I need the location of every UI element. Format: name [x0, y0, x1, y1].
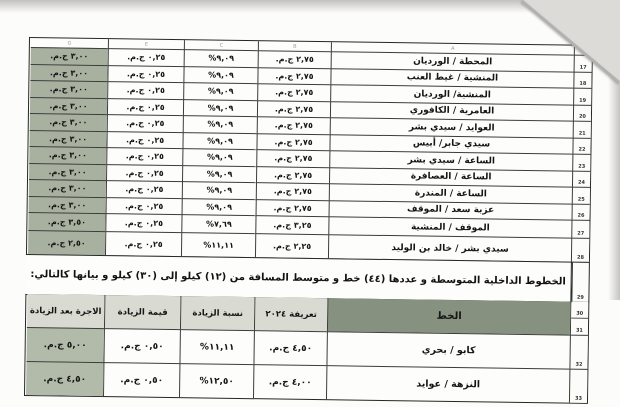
section-note-text: الخطوط الداخلية المتوسطة و عددها (٤٤) خط… [30, 269, 566, 287]
header-increase-value: قيمة الزيادة [104, 295, 180, 329]
increase-percent-cell: %٩,٠٩ [182, 165, 256, 183]
tariff-2024-cell: ٢,٧٥ ج.م. [257, 100, 330, 118]
increase-value-cell: ٠,٢٥ ج.م. [107, 114, 183, 132]
header-increase-percent: نسبة الزيادة [180, 296, 254, 330]
fare-after-increase-cell: ٣,٠٠ ج.م. [29, 196, 106, 214]
row-number: 26 [572, 203, 590, 220]
lower-fare-table: 30 31 الخط تعريفة ٢٠٢٤ نسبة الزيادة قيمة… [24, 293, 589, 404]
upper-fare-table: A B C E G 17 المحطة / الورديان ٢,٧٥ ج.م.… [26, 37, 593, 263]
tariff-2024-cell: ٢,٧٥ ج.م. [256, 166, 329, 184]
row-number-split: 30 31 [570, 302, 588, 335]
route-cell: كابو / بحري [326, 331, 569, 368]
fare-after-increase-cell: ٣,٥٠ ج.م. [28, 212, 105, 231]
increase-percent-cell: %١٢,٥٠ [179, 363, 253, 398]
increase-value-cell: ٠,٢٥ ج.م. [107, 81, 183, 99]
header-route: الخط [327, 298, 570, 334]
tariff-2024-cell: ٢,٧٥ ج.م. [258, 50, 331, 68]
tariff-2024-cell: ٢,٧٥ ج.م. [256, 182, 329, 200]
fare-after-increase-cell: ٣,٠٠ ج.م. [30, 113, 107, 131]
tariff-2024-cell: ٢,٧٥ ج.م. [256, 199, 329, 217]
row-number: 20 [573, 104, 591, 121]
fare-after-increase-cell: ٥,٠٠ ج.م. [26, 327, 103, 362]
increase-value-cell: ٠,٢٥ ج.م. [106, 197, 182, 215]
row-number: 24 [572, 170, 590, 187]
increase-percent-cell: %٩,٠٩ [183, 82, 257, 100]
column-letter-cell [574, 46, 592, 55]
row-number: 17 [574, 55, 592, 72]
row-number: 30 [571, 302, 588, 319]
increase-value-cell: ٠,٢٥ ج.م. [105, 213, 181, 232]
increase-value-cell: ٠,٢٥ ج.م. [107, 98, 183, 116]
increase-percent-cell: %٧,٦٩ [181, 214, 255, 233]
increase-percent-cell: %١١,١١ [181, 232, 255, 257]
tariff-2024-cell: ٢,٧٥ ج.م. [256, 133, 329, 151]
row-number: 28 [571, 238, 589, 262]
increase-value-cell: ٠,٢٥ ج.م. [106, 131, 182, 149]
header-tariff-2024: تعريفة ٢٠٢٤ [254, 297, 327, 331]
row-number: 19 [573, 88, 591, 105]
route-cell: النزهة / عوايد [326, 365, 569, 402]
increase-percent-cell: %٩,٠٩ [183, 99, 257, 117]
document-sheet: A B C E G 17 المحطة / الورديان ٢,٧٥ ج.م.… [24, 37, 593, 404]
row-number: 32 [569, 335, 587, 369]
increase-percent-cell: %٩,٠٩ [183, 66, 257, 84]
row-number: 22 [572, 137, 590, 154]
increase-percent-cell: %١١,١١ [179, 329, 253, 364]
fare-after-increase-cell: ٤,٥٠ ج.م. [26, 361, 103, 396]
increase-value-cell: ٠,٥٠ ج.م. [103, 328, 179, 363]
row-number: 31 [571, 319, 588, 335]
tariff-2024-cell: ٢,٢٥ ج.م. [255, 233, 328, 258]
row-number: 27 [571, 220, 589, 238]
fare-after-increase-cell: ٣,٠٠ ج.م. [29, 179, 106, 197]
row-number: 33 [569, 369, 587, 403]
fare-after-increase-cell: ٢,٥٠ ج.م. [28, 230, 105, 255]
tariff-2024-cell: ٢,٧٥ ج.م. [257, 67, 330, 85]
tariff-2024-cell: ٢,٧٥ ج.م. [257, 116, 330, 134]
scanned-fare-document: A B C E G 17 المحطة / الورديان ٢,٧٥ ج.م.… [0, 0, 620, 407]
header-fare-after-increase: الاجرة بعد الزيادة [27, 294, 104, 328]
increase-percent-cell: %٩,٠٩ [182, 181, 256, 199]
increase-value-cell: ٠,٢٥ ج.م. [106, 180, 182, 198]
increase-value-cell: ٠,٢٥ ج.م. [106, 164, 182, 182]
increase-percent-cell: %٩,٠٩ [182, 148, 256, 166]
row-number: 29 [571, 261, 590, 302]
row-number: 18 [573, 71, 591, 88]
fare-after-increase-cell: ٣,٠٠ ج.م. [29, 146, 106, 164]
increase-percent-cell: %٩,٠٩ [184, 49, 258, 67]
tariff-2024-cell: ٣,٢٥ ج.م. [255, 215, 328, 234]
fare-after-increase-cell: ٣,٠٠ ج.م. [29, 130, 106, 148]
increase-percent-cell: %٩,٠٩ [182, 132, 256, 150]
increase-value-cell: ٠,٢٥ ج.م. [106, 147, 182, 165]
increase-value-cell: ٠,٢٥ ج.م. [108, 48, 184, 66]
increase-percent-cell: %٩,٠٩ [182, 198, 256, 216]
fare-after-increase-cell: ٣,٠٠ ج.م. [31, 47, 108, 65]
fare-after-increase-cell: ٣,٠٠ ج.م. [30, 97, 107, 115]
tariff-2024-cell: ٢,٧٥ ج.م. [256, 149, 329, 167]
increase-value-cell: ٠,٢٥ ج.م. [107, 65, 183, 83]
fare-after-increase-cell: ٣,٠٠ ج.م. [30, 80, 107, 98]
increase-percent-cell: %٩,٠٩ [183, 115, 257, 133]
increase-value-cell: ٠,٢٥ ج.م. [105, 231, 181, 256]
tariff-2024-cell: ٤,٥٠ ج.م. [253, 330, 326, 365]
row-number: 21 [573, 121, 591, 138]
row-number: 23 [572, 154, 590, 171]
tariff-2024-cell: ٢,٧٥ ج.م. [257, 83, 330, 101]
tariff-2024-cell: ٤,٠٠ ج.م. [253, 364, 326, 399]
row-number: 25 [572, 187, 590, 204]
fare-after-increase-cell: ٣,٠٠ ج.م. [29, 163, 106, 181]
scan-right-shadow [608, 40, 620, 300]
increase-value-cell: ٠,٥٠ ج.م. [103, 362, 179, 397]
scan-top-shadow [0, 0, 620, 13]
fare-after-increase-cell: ٣,٠٠ ج.م. [30, 64, 107, 82]
